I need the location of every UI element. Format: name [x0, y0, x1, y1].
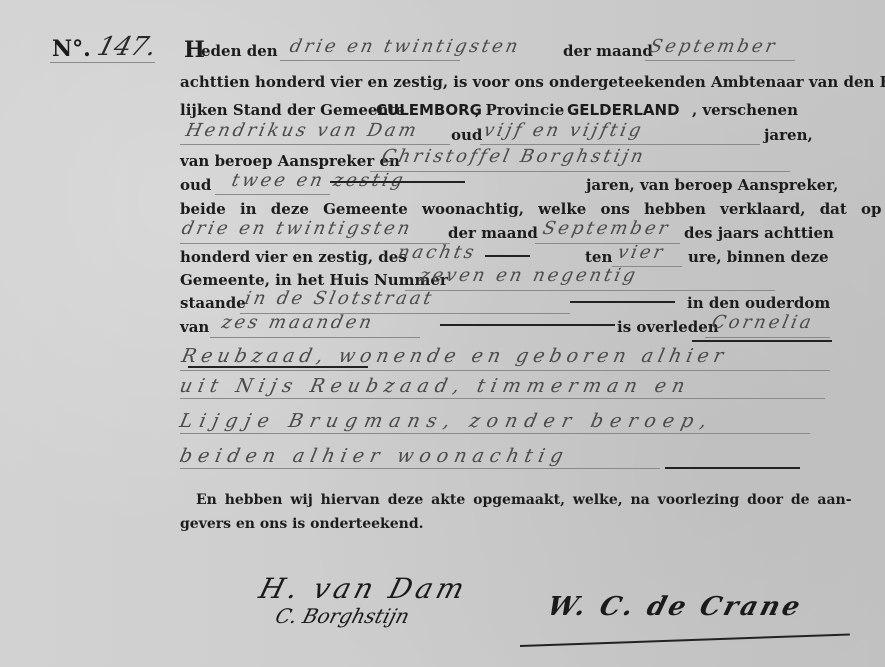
- death-date-handwritten: drie en twintigsten: [180, 218, 415, 239]
- declarant2-age-line: [215, 194, 330, 195]
- line16-rule: [180, 468, 660, 469]
- father-name-occupation: uit Nijs Reubzaad, timmerman en: [178, 375, 693, 397]
- street-handwritten: in de Slotstraat: [243, 288, 436, 309]
- line16-dash: [665, 467, 800, 469]
- der-maand-2: der maand: [448, 224, 538, 242]
- age-dash: [440, 324, 615, 326]
- declarant1-line: [180, 144, 450, 145]
- date-day-handwritten: drie en twintigsten: [288, 36, 523, 57]
- deceased-name-overline: [692, 340, 832, 342]
- signature-declarant2: C. Borghstijn: [273, 604, 413, 628]
- line15-rule: [180, 433, 810, 434]
- house-number-line: [405, 290, 775, 291]
- signature-declarant1: H. van Dam: [256, 572, 472, 605]
- declarant1-name: Hendrikus van Dam: [184, 120, 421, 141]
- month-handwritten-2: September: [541, 218, 673, 239]
- declarant1-age-line: [480, 144, 760, 145]
- municipality-name: CULEMBORG: [376, 101, 482, 119]
- parents-residence: beiden alhier woonachtig: [178, 445, 571, 467]
- official-signature-line: [520, 633, 850, 647]
- woonachtig-verklaard-text: beide in deze Gemeente woonachtig, welke…: [180, 200, 885, 218]
- deceased-first-name: Cornelia: [710, 312, 816, 333]
- time-of-day: nachts: [396, 242, 479, 263]
- house-number-handwritten: zeven en negentig: [418, 265, 640, 286]
- street-dash: [570, 301, 675, 303]
- huis-nummer-text: Gemeente, in het Huis Nummer: [180, 271, 448, 289]
- ouderdom-text: in den ouderdom: [687, 294, 830, 312]
- der-maand-1: der maand: [563, 42, 653, 60]
- closing-line-2: gevers en ons is onderteekend.: [180, 516, 424, 532]
- jaren-1: jaren,: [764, 126, 813, 144]
- time-of-day-dash: [485, 255, 530, 257]
- province-name: GELDERLAND: [567, 101, 680, 119]
- record-number-label: N°.: [52, 36, 91, 62]
- declarant2-name: Christoffel Borghstijn: [380, 146, 648, 167]
- oud-2: oud: [180, 176, 211, 194]
- month-handwritten-1: September: [648, 36, 780, 57]
- deceased-first-name-line: [705, 337, 830, 338]
- ten-text: ten: [585, 248, 612, 266]
- burgerlijke-stand-text: lijken Stand der Gemeente: [180, 101, 405, 119]
- declarant2-line: [370, 171, 790, 172]
- line13-rule: [180, 370, 830, 371]
- deceased-surname-residence: Reubzaad, wonende en geboren alhier: [180, 345, 731, 367]
- age-of-deceased: zes maanden: [220, 312, 376, 333]
- heden-text: eden den: [201, 42, 278, 60]
- line14-rule: [180, 398, 825, 399]
- ure-binnen-text: ure, binnen deze: [688, 248, 829, 266]
- beroep-text-1: van beroep Aanspreker en: [180, 152, 400, 170]
- des-jaars-text: des jaars achttien: [684, 224, 834, 242]
- record-number-underline: [50, 62, 155, 63]
- civil-record-page: N°. 147. H eden den drie en twintigsten …: [0, 0, 885, 667]
- date-day-line: [280, 60, 460, 61]
- verschenen-text: , verschenen: [692, 101, 798, 119]
- mother-name-occupation: Lijgje Brugmans, zonder beroep,: [178, 410, 716, 432]
- month-line-1: [645, 60, 795, 61]
- year-and-official-text: achttien honderd vier en zestig, is voor…: [180, 73, 885, 91]
- age-of-deceased-line: [210, 337, 420, 338]
- is-overleden-text: is overleden: [617, 318, 719, 336]
- declarant1-age: vijf en vijftig: [482, 120, 646, 141]
- closing-line-1: En hebben wij hiervan deze akte opgemaak…: [196, 492, 852, 508]
- record-number: 147.: [94, 32, 160, 62]
- deceased-surname-underline: [188, 366, 368, 368]
- hour-handwritten: vier: [616, 242, 668, 263]
- signature-official: W. C. de Crane: [544, 592, 806, 622]
- provincie-label: , Provincie: [475, 101, 564, 119]
- oud-1: oud: [451, 126, 482, 144]
- staande-text: staande: [180, 294, 246, 312]
- honderd-des-text: honderd vier en zestig, des: [180, 248, 407, 266]
- declarant2-age-dash: [330, 181, 465, 183]
- jaren-beroep-2: jaren, van beroep Aanspreker,: [586, 176, 838, 194]
- van-text: van: [180, 318, 209, 336]
